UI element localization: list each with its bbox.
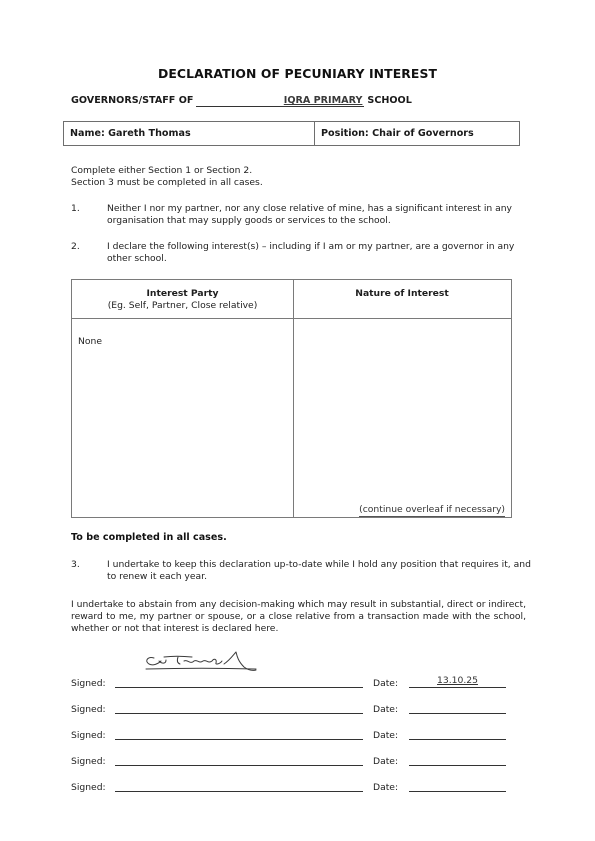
instruction-line: Section 3 must be completed in all cases… xyxy=(71,177,263,189)
nature-of-interest-header: Nature of Interest xyxy=(293,288,511,299)
section-number: 1. xyxy=(71,203,80,215)
school-name: IQRA PRIMARY xyxy=(284,95,365,106)
section-2: 2. I declare the following interest(s) –… xyxy=(71,241,531,265)
interest-party-title: Interest Party xyxy=(72,288,293,300)
date-line[interactable] xyxy=(409,712,506,714)
governors-line: GOVERNORS/STAFF OFIQRA PRIMARYSCHOOL xyxy=(71,95,412,107)
signed-label: Signed: xyxy=(71,756,106,767)
continue-overleaf-note: (continue overleaf if necessary) xyxy=(359,504,505,517)
date-line[interactable] xyxy=(409,738,506,740)
instruction-line: Complete either Section 1 or Section 2. xyxy=(71,165,263,177)
signature-row: Signed: Date: xyxy=(71,753,511,767)
date-label: Date: xyxy=(373,782,398,793)
signed-label: Signed: xyxy=(71,730,106,741)
document-title: DECLARATION OF PECUNIARY INTEREST xyxy=(0,66,595,81)
section-number: 2. xyxy=(71,241,80,253)
interest-party-subtitle: (Eg. Self, Partner, Close relative) xyxy=(72,300,293,312)
signature-line[interactable] xyxy=(115,712,363,714)
signature-line[interactable] xyxy=(115,764,363,766)
signed-label: Signed: xyxy=(71,782,106,793)
signature-row: Signed: Date: 13.10.25 xyxy=(71,675,511,689)
column-divider xyxy=(293,280,294,517)
section-text: Neither I nor my partner, nor any close … xyxy=(107,203,531,227)
date-label: Date: xyxy=(373,756,398,767)
name-field[interactable]: Name: Gareth Thomas xyxy=(64,122,315,145)
date-line[interactable] xyxy=(409,686,506,688)
date-label: Date: xyxy=(373,678,398,689)
signature-row: Signed: Date: xyxy=(71,779,511,793)
signature-row: Signed: Date: xyxy=(71,701,511,715)
date-line[interactable] xyxy=(409,790,506,792)
signature-row: Signed: Date: xyxy=(71,727,511,741)
signature-line[interactable] xyxy=(115,738,363,740)
date-value: 13.10.25 xyxy=(409,675,506,686)
header-divider xyxy=(72,318,511,319)
signature-line[interactable] xyxy=(115,790,363,792)
undertaking-paragraph: I undertake to abstain from any decision… xyxy=(71,599,526,635)
section-text: I declare the following interest(s) – in… xyxy=(107,241,531,265)
school-name-field[interactable]: IQRA PRIMARY xyxy=(196,95,364,107)
section-number: 3. xyxy=(71,559,80,571)
signed-label: Signed: xyxy=(71,704,106,715)
governors-label: GOVERNORS/STAFF OF xyxy=(71,95,193,106)
interest-party-cell[interactable]: None xyxy=(78,336,102,347)
section-text: I undertake to keep this declaration up-… xyxy=(107,559,531,583)
date-line[interactable] xyxy=(409,764,506,766)
school-suffix: SCHOOL xyxy=(367,95,411,106)
date-label: Date: xyxy=(373,704,398,715)
name-position-box: Name: Gareth Thomas Position: Chair of G… xyxy=(63,121,520,146)
section-3: 3. I undertake to keep this declaration … xyxy=(71,559,531,583)
position-field[interactable]: Position: Chair of Governors xyxy=(315,122,474,145)
handwritten-signature xyxy=(142,648,282,678)
interest-table: Interest Party (Eg. Self, Partner, Close… xyxy=(71,279,512,518)
interest-party-header: Interest Party (Eg. Self, Partner, Close… xyxy=(72,288,293,312)
section-1: 1. Neither I nor my partner, nor any clo… xyxy=(71,203,531,227)
signed-label: Signed: xyxy=(71,678,106,689)
date-label: Date: xyxy=(373,730,398,741)
instructions: Complete either Section 1 or Section 2. … xyxy=(71,165,263,189)
all-cases-heading: To be completed in all cases. xyxy=(71,532,227,543)
signature-line[interactable] xyxy=(115,686,363,688)
